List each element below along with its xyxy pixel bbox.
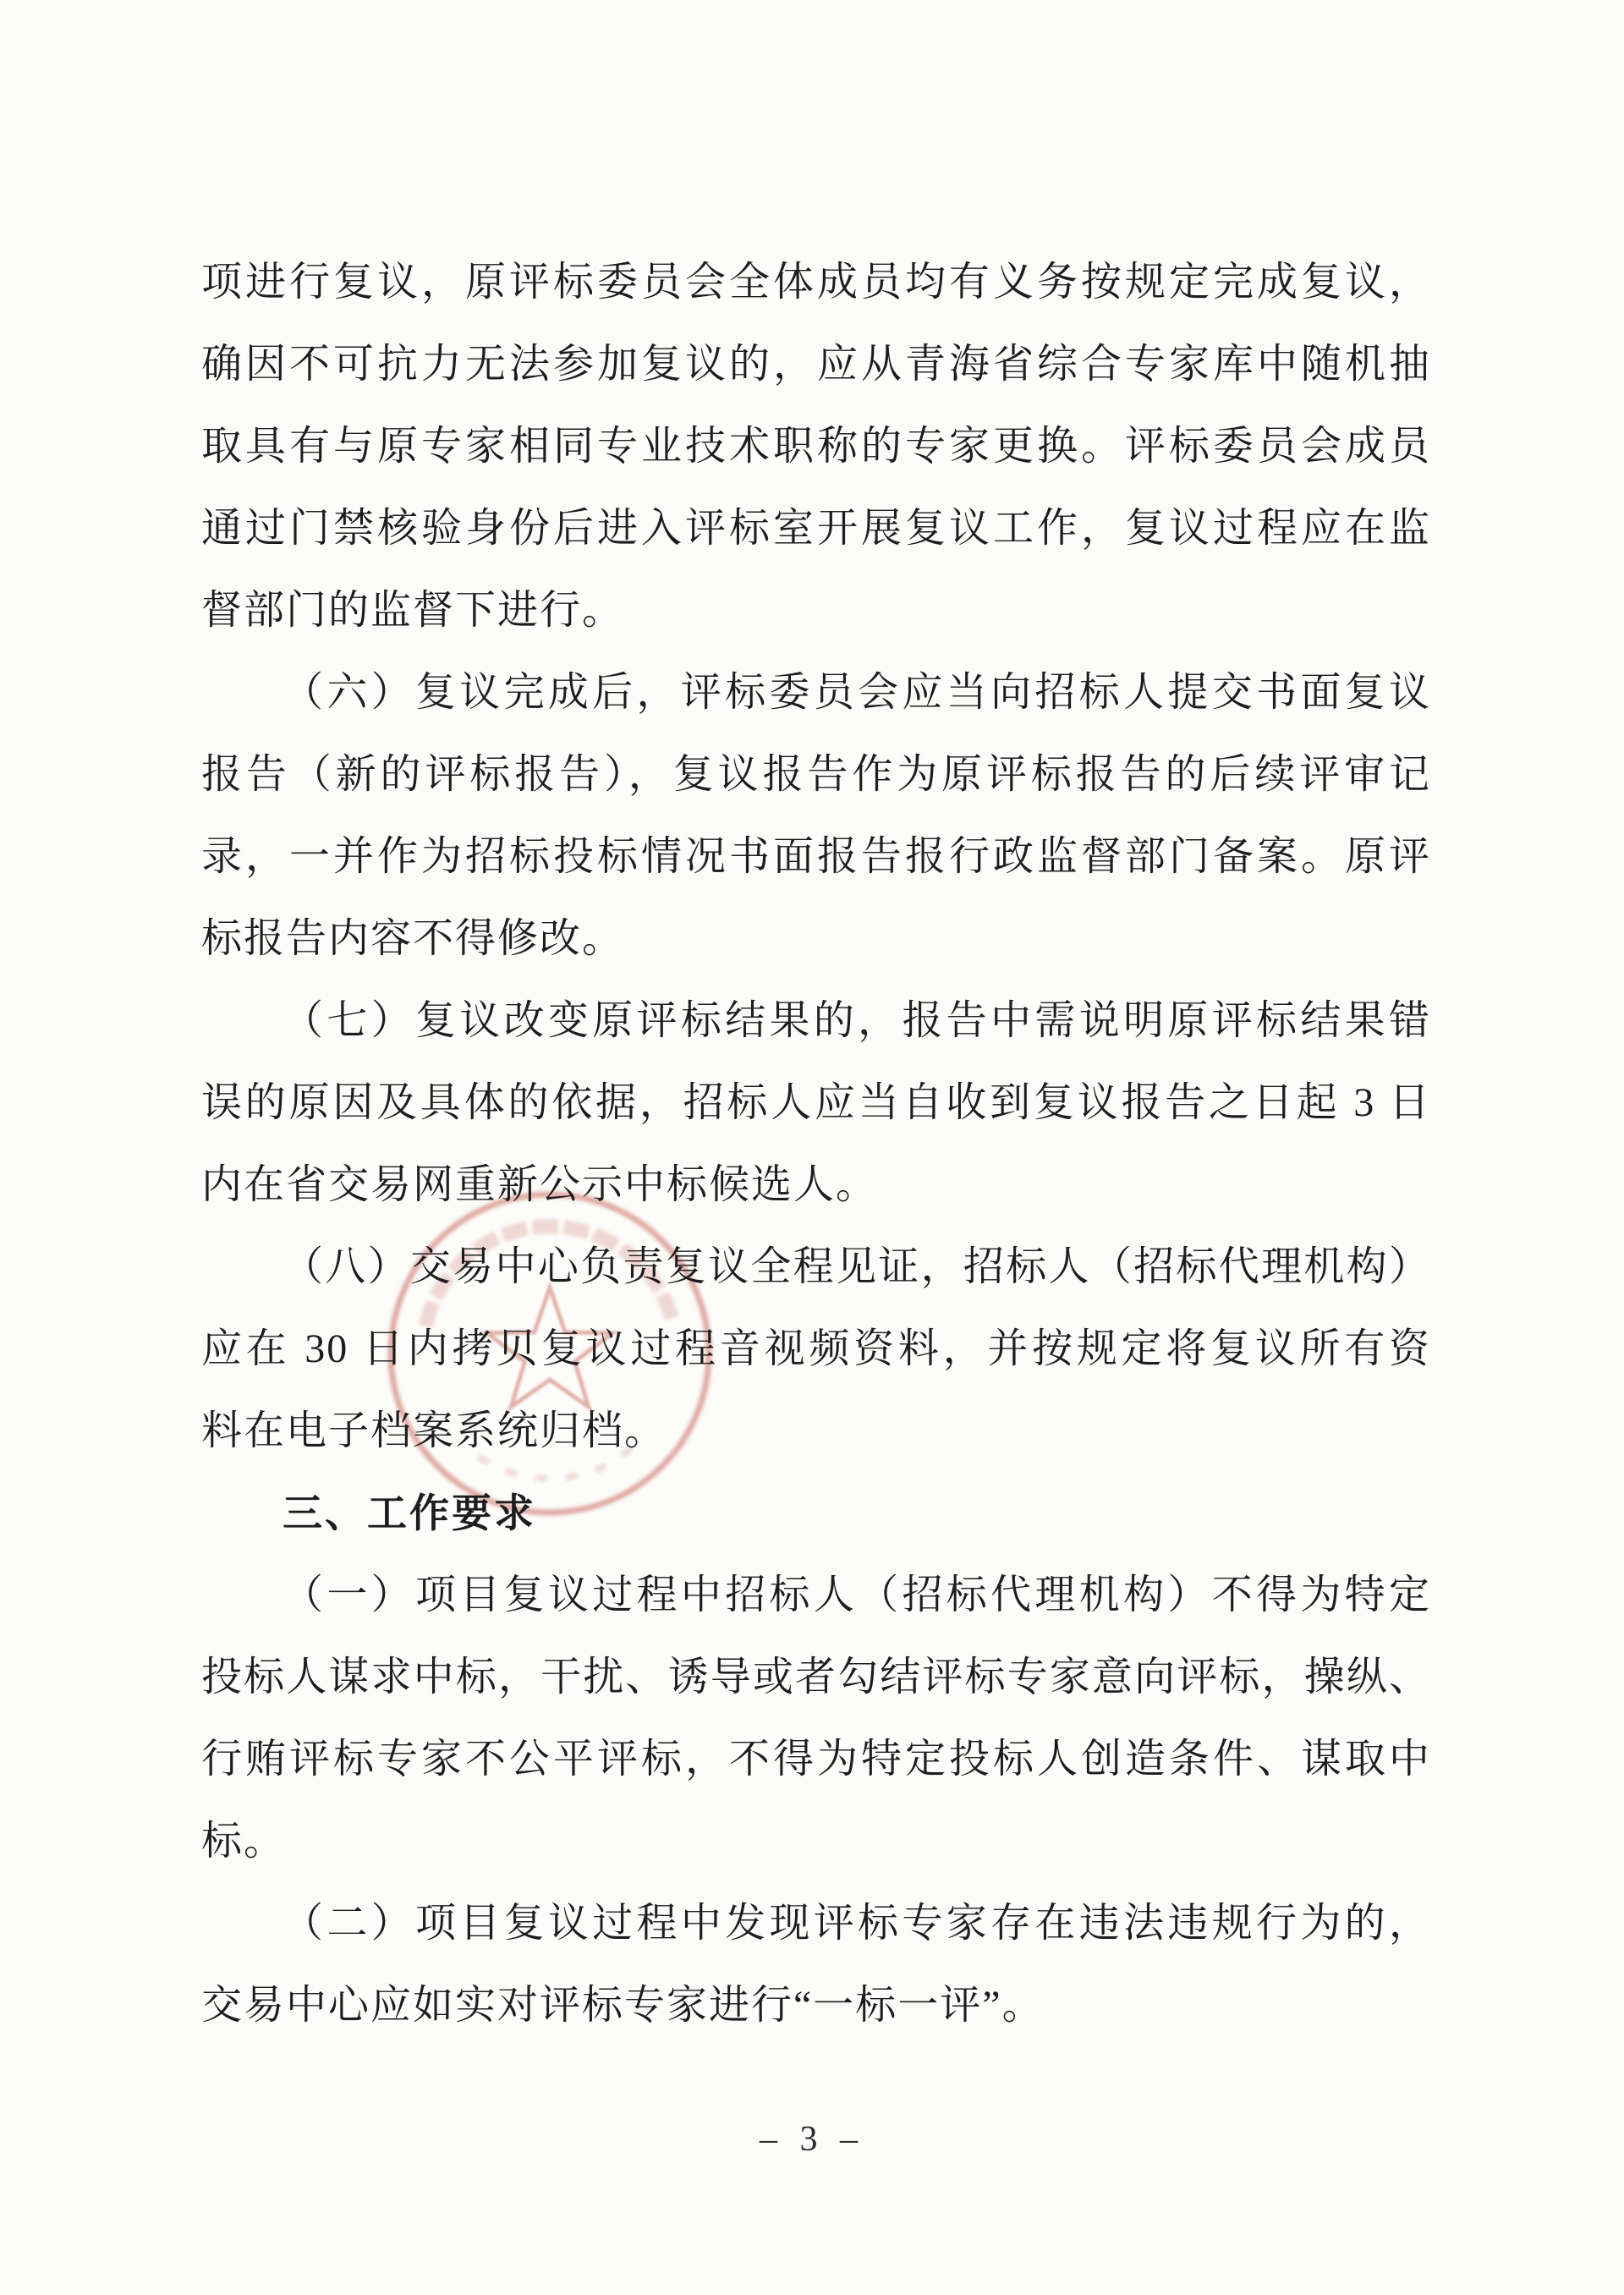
document-page: 项进行复议，原评标委员会全体成员均有义务按规定完成复议，确因不可抗力无法参加复议… [0, 0, 1624, 2295]
text-line-4: 通过门禁核验身份后进入评标室开展复议工作，复议过程应在监 [201, 487, 1431, 569]
text-line-5: 督部门的监督下进行。 [201, 569, 1431, 651]
section-heading: 三、工作要求 [201, 1472, 1431, 1554]
text-line-17: （一）项目复议过程中招标人（招标代理机构）不得为特定 [201, 1554, 1431, 1636]
text-line-10: （七）复议改变原评标结果的，报告中需说明原评标结果错 [201, 980, 1431, 1062]
text-line-18: 投标人谋求中标，干扰、诱导或者勾结评标专家意向评标，操纵、 [201, 1636, 1431, 1718]
text-line-14: 应在 30 日内拷贝复议过程音视频资料，并按规定将复议所有资 [201, 1308, 1431, 1390]
text-line-11: 误的原因及具体的依据，招标人应当自收到复议报告之日起 3 日 [201, 1062, 1431, 1144]
text-line-12: 内在省交易网重新公示中标候选人。 [201, 1144, 1431, 1226]
text-line-2: 确因不可抗力无法参加复议的，应从青海省综合专家库中随机抽 [201, 323, 1431, 405]
page-number: – 3 – [0, 2119, 1624, 2160]
text-line-13: （八）交易中心负责复议全程见证，招标人（招标代理机构） [201, 1226, 1431, 1308]
document-body: 项进行复议，原评标委员会全体成员均有义务按规定完成复议，确因不可抗力无法参加复议… [201, 241, 1431, 2046]
text-line-9: 标报告内容不得修改。 [201, 898, 1431, 980]
text-line-22: 交易中心应如实对评标专家进行“一标一评”。 [201, 1964, 1431, 2046]
text-line-3: 取具有与原专家相同专业技术职称的专家更换。评标委员会成员 [201, 405, 1431, 487]
text-line-6: （六）复议完成后，评标委员会应当向招标人提交书面复议 [201, 651, 1431, 733]
text-line-1: 项进行复议，原评标委员会全体成员均有义务按规定完成复议， [201, 241, 1431, 323]
text-line-20: 标。 [201, 1800, 1431, 1882]
text-line-19: 行贿评标专家不公平评标，不得为特定投标人创造条件、谋取中 [201, 1718, 1431, 1800]
text-line-15: 料在电子档案系统归档。 [201, 1390, 1431, 1472]
text-line-21: （二）项目复议过程中发现评标专家存在违法违规行为的， [201, 1882, 1431, 1964]
text-line-7: 报告（新的评标报告），复议报告作为原评标报告的后续评审记 [201, 733, 1431, 815]
text-line-8: 录，一并作为招标投标情况书面报告报行政监督部门备案。原评 [201, 815, 1431, 898]
